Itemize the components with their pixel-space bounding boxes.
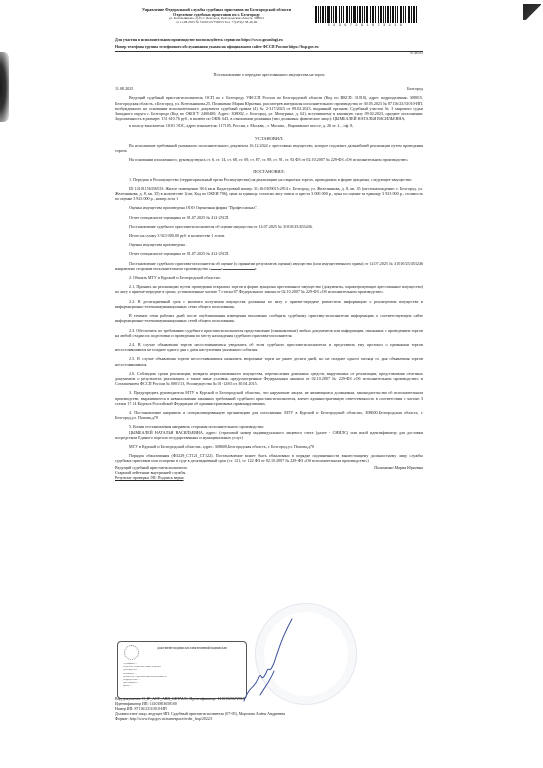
scan-artifact-corner [523,4,541,20]
scan-artifact-left [0,52,9,122]
handwritten-signature [240,615,300,705]
meta-format: Формат: http://www.fssp.gov.ru/namespace… [115,717,423,722]
electronic-signature-box: ДОКУМЕНТ ПОДПИСАН ЭЛЕКТРОННОЙ ПОДПИСЬЮ С… [117,641,247,699]
esign-details: Сертификат: ...Владелец: Полиненко Мария… [123,663,238,689]
emblem-icon [124,645,139,660]
esign-line: Время: ... [123,685,238,688]
esign-title: ДОКУМЕНТ ПОДПИСАН ЭЛЕКТРОННОЙ ПОДПИСЬЮ [142,647,242,650]
